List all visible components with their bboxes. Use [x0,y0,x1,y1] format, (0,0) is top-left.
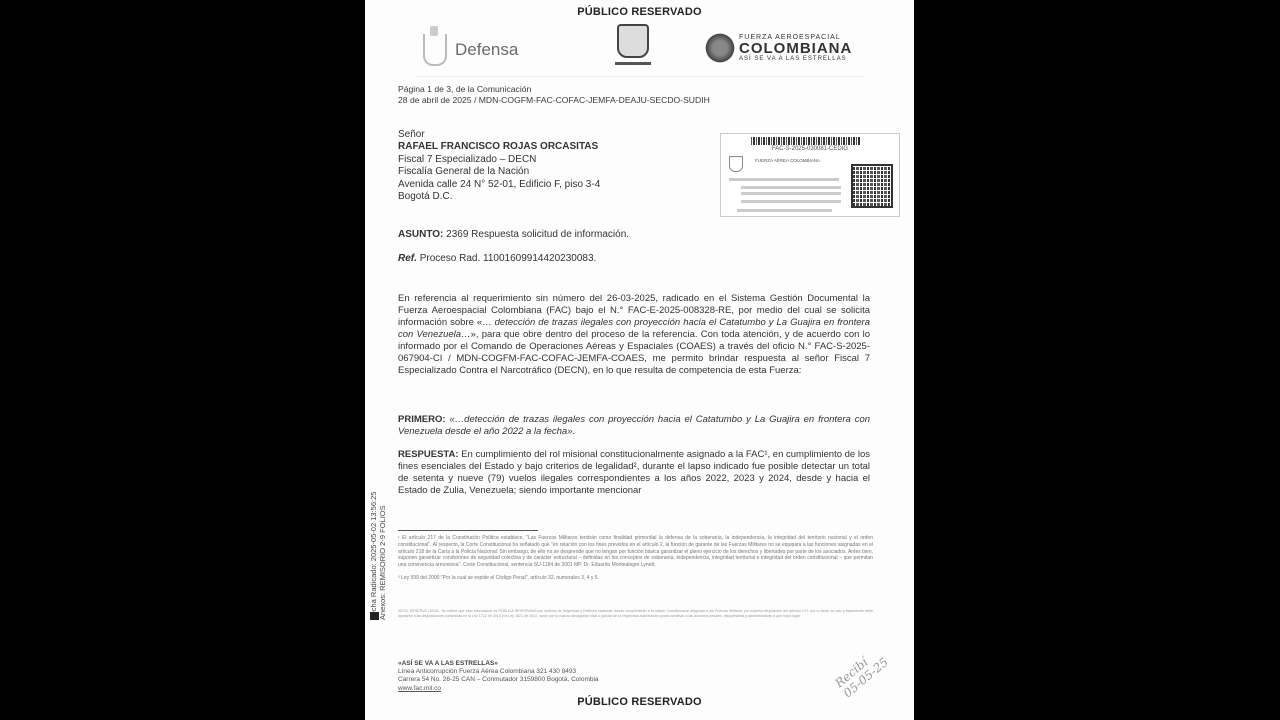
classification-header: PÚBLICO RESERVADO [365,6,914,18]
filing-date: Fecha Radicado: 2025-05-02 13:56:25 [369,440,378,620]
primero-paragraph: PRIMERO: «…detección de trazas ilegales … [398,414,870,438]
filing-stamp: Fecha Radicado: 2025-05-02 13:56:25 Anex… [369,440,385,620]
recipient-block: Señor RAFAEL FRANCISCO ROJAS ORCASITAS F… [398,129,600,203]
barcode-icon [751,137,861,145]
letterhead-logos: Defensa FUERZA AEROESPACIAL COLOMBIANA A… [365,24,914,74]
document-page: PÚBLICO RESERVADO Defensa FUERZA AEROESP… [365,0,914,720]
footer-hotline: Línea Anticorrupción Fuerza Aérea Colomb… [398,668,599,676]
recipient-city: Bogotá D.C. [398,191,600,203]
document-meta: Página 1 de 3, de la Comunicación 28 de … [398,84,710,106]
coat-of-arms-icon [423,34,447,66]
subject-label: ASUNTO: [398,229,443,240]
fac-emblem-icon [705,30,735,66]
crest-caption-bar [615,62,651,65]
footer-address: Carrera 54 No. 26-25 CAN – Conmutador 31… [398,676,599,684]
primero-label: PRIMERO: [398,414,446,425]
date-reference: 28 de abril de 2025 / MDN-COGFM-FAC-COFA… [398,95,710,106]
filing-stamp-text: Fecha Radicado: 2025-05-02 13:56:25 Anex… [369,440,387,620]
radicado-code: FAC-S-2025-030081-CEDIG [721,146,899,152]
radicado-label: FAC-S-2025-030081-CEDIG FUERZA AÉREA COL… [720,133,900,217]
defensa-logo: Defensa [423,30,518,70]
label-text-line [741,186,841,189]
letter-footer: «ASÍ SE VA A LAS ESTRELLAS» Línea Antico… [398,660,599,693]
header-divider [415,76,865,77]
respuesta-text: En cumplimiento del rol misional constit… [398,449,870,496]
label-text-line [729,178,839,181]
subject-text: 2369 Respuesta solicitud de información. [446,229,629,240]
recipient-address: Avenida calle 24 N° 52-01, Edificio F, p… [398,179,600,191]
fac-logo-words: FUERZA AEROESPACIAL COLOMBIANA ASÍ SE VA… [739,34,852,62]
reference-label: Ref. [398,253,417,264]
fac-logo-line3: ASÍ SE VA A LAS ESTRELLAS [739,56,852,62]
intro-paragraph: En referencia al requerimiento sin númer… [398,293,870,377]
label-text-line [741,200,841,203]
stamp-marker-icon [370,612,379,620]
footnote-2: ² Ley 599 del 2000 "Por la cual se expid… [398,575,873,582]
military-forces-crest [613,24,653,70]
footnote-1: ¹ El artículo 217 de la Constitución Pol… [398,535,873,569]
footnotes: ¹ El artículo 217 de la Constitución Pol… [398,535,873,588]
subject-line: ASUNTO: 2369 Respuesta solicitud de info… [398,229,629,240]
reference-text: Proceso Rad. 11001609914420230083. [420,253,597,264]
primero-text: «…detección de trazas ilegales con proye… [398,414,870,437]
classification-footer: PÚBLICO RESERVADO [365,696,914,708]
crest-icon [617,24,649,58]
fac-logo: FUERZA AEROESPACIAL COLOMBIANA ASÍ SE VA… [705,30,852,66]
fac-logo-line2: COLOMBIANA [739,41,852,56]
label-text-line [741,192,841,195]
handwritten-receipt-note: Recibí 05-05-25 [833,646,891,701]
legal-reserve-note: NOTA: RESERVA LEGAL. Se reitera que esta… [398,609,873,619]
respuesta-paragraph: RESPUESTA: En cumplimiento del rol misio… [398,449,870,497]
respuesta-label: RESPUESTA: [398,449,459,460]
recipient-institution: Fiscalía General de la Nación [398,166,600,178]
footnote-divider [398,530,538,531]
defensa-logo-text: Defensa [455,40,518,60]
recipient-position: Fiscal 7 Especializado – DECN [398,154,600,166]
footer-motto: «ASÍ SE VA A LAS ESTRELLAS» [398,660,599,668]
radicado-title: FUERZA AÉREA COLOMBIANA [755,158,820,163]
label-text-line [737,209,832,212]
footer-website-link[interactable]: www.fac.mil.co [398,685,599,693]
fac-shield-icon [729,156,743,172]
filing-annexes: Anexos: REMISORIO 2-9 FOLIOS [378,440,387,620]
salutation: Señor [398,129,600,141]
reference-line: Ref. Proceso Rad. 11001609914420230083. [398,253,596,264]
recipient-name: RAFAEL FRANCISCO ROJAS ORCASITAS [398,141,600,153]
qr-code-icon [851,164,893,208]
page-indicator: Página 1 de 3, de la Comunicación [398,84,710,95]
